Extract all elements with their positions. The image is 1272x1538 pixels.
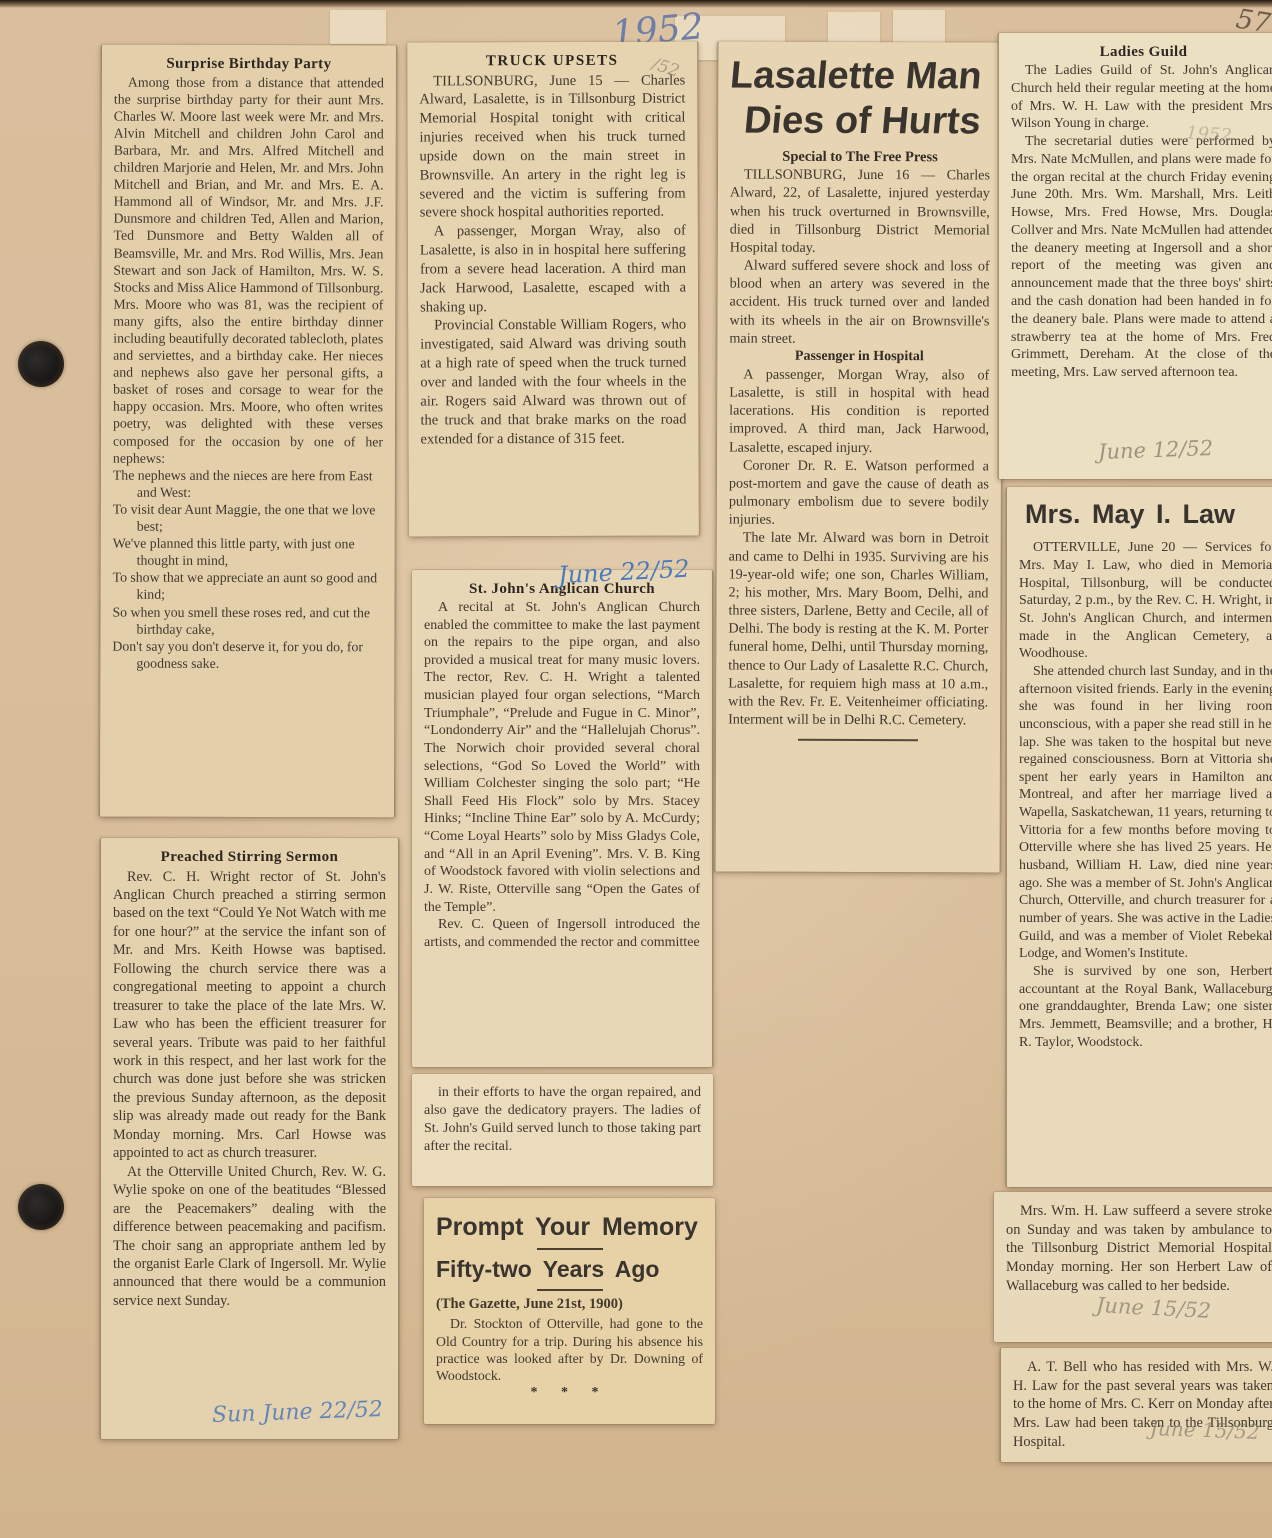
byline: Special to The Free Press xyxy=(730,147,990,166)
paragraph: Dr. Stockton of Otterville, had gone to … xyxy=(436,1315,703,1383)
paragraph: OTTERVILLE, June 20 — Services for Mrs. … xyxy=(1019,539,1272,663)
clipping-lasalette-man-dies: Lasalette Man Dies of Hurts Special to T… xyxy=(715,42,1004,873)
scan-top-edge xyxy=(0,0,1272,8)
scrapbook-page: 1952 57 Surprise Birthday Party Among th… xyxy=(0,0,1272,1538)
clipping-body: A passenger, Morgan Wray, also of Lasale… xyxy=(728,365,989,729)
paragraph: in their efforts to have the organ repai… xyxy=(424,1084,701,1156)
binder-hole xyxy=(18,341,64,387)
clipping-body: The Ladies Guild of St. John's Anglican … xyxy=(1011,62,1272,382)
paragraph: She attended church last Sunday, and in … xyxy=(1019,663,1272,963)
clipping-body: A recital at St. John's Anglican Church … xyxy=(424,599,700,952)
paragraph: Among those from a distance that attende… xyxy=(113,73,384,467)
paragraph: The Ladies Guild of St. John's Anglican … xyxy=(1011,62,1272,133)
clipping-title: Prompt Your Memory xyxy=(436,1212,703,1243)
clipping-subtitle: Fifty-two Years Ago xyxy=(436,1255,703,1284)
clipping-recital-continuation: in their efforts to have the organ repai… xyxy=(412,1074,713,1186)
clipping-title: St. John's Anglican Church xyxy=(424,580,700,599)
clipping-mrs-may-law: Mrs. May I. Law OTTERVILLE, June 20 — Se… xyxy=(1006,487,1272,1187)
paragraph: TILLSONBURG, June 16 — Charles Alward, 2… xyxy=(730,166,990,258)
binder-hole xyxy=(18,1184,64,1230)
poem-line: To show that we appreciate an aunt so go… xyxy=(113,569,383,604)
paragraph: A passenger, Morgan Wray, also of Lasale… xyxy=(420,222,686,317)
headline-line1: Lasalette Man xyxy=(728,54,992,100)
poem-line: We've planned this little party, with ju… xyxy=(113,535,383,570)
clipping-ladies-guild: Ladies Guild The Ladies Guild of St. Joh… xyxy=(998,33,1272,479)
paragraph: Provincial Constable William Rogers, who… xyxy=(420,316,686,449)
end-stars: * * * xyxy=(436,1384,703,1401)
headline-line2: Dies of Hurts xyxy=(742,98,992,144)
clipping-body: A. T. Bell who has resided with Mrs. W. … xyxy=(1013,1358,1272,1452)
subhead: Passenger in Hospital xyxy=(729,347,989,366)
divider xyxy=(537,1289,603,1291)
paragraph: TILLSONBURG, June 15 — Charles Alward, L… xyxy=(419,71,686,223)
clipping-body: in their efforts to have the organ repai… xyxy=(424,1084,701,1156)
clipping-title: Mrs. May I. Law xyxy=(1025,497,1272,531)
clipping-body: Mrs. Wm. H. Law suffeerd a severe stroke… xyxy=(1006,1202,1272,1296)
clipping-bell-notice: A. T. Bell who has resided with Mrs. W. … xyxy=(1000,1348,1272,1462)
paragraph: A recital at St. John's Anglican Church … xyxy=(424,599,700,916)
clipping-st-johns-recital: St. John's Anglican Church A recital at … xyxy=(412,570,713,1067)
paragraph: A. T. Bell who has resided with Mrs. W. … xyxy=(1013,1358,1272,1452)
clipping-body: TILLSONBURG, June 15 — Charles Alward, L… xyxy=(419,71,686,449)
source-line: (The Gazette, June 21st, 1900) xyxy=(436,1296,703,1314)
paragraph: Rev. C. Queen of Ingersoll introduced th… xyxy=(424,916,700,951)
paragraph: She is survived by one son, Herbert, acc… xyxy=(1019,963,1272,1051)
clipping-truck-upsets: TRUCK UPSETS TILLSONBURG, June 15 — Char… xyxy=(407,41,700,536)
paragraph: Coroner Dr. R. E. Watson performed a pos… xyxy=(729,456,989,530)
paragraph: The secretarial duties were performed by… xyxy=(1011,133,1272,382)
paragraph: Alward suffered severe shock and loss of… xyxy=(729,257,989,349)
clipping-title: Preached Stirring Sermon xyxy=(113,848,386,868)
clipping-body: Rev. C. H. Wright rector of St. John's A… xyxy=(113,868,386,1311)
clipping-title: Ladies Guild xyxy=(1011,43,1272,62)
clipping-surprise-birthday-party: Surprise Birthday Party Among those from… xyxy=(99,45,397,818)
paragraph: At the Otterville United Church, Rev. W.… xyxy=(113,1163,386,1311)
poem-line: So when you smell these roses red, and c… xyxy=(112,603,382,638)
clipping-body: OTTERVILLE, June 20 — Services for Mrs. … xyxy=(1019,539,1272,1051)
paragraph: The late Mr. Alward was born in Detroit … xyxy=(728,529,989,730)
tape-patch xyxy=(330,10,386,44)
clipping-law-stroke-notice: Mrs. Wm. H. Law suffeerd a severe stroke… xyxy=(994,1192,1272,1342)
poem-line: The nephews and the nieces are here from… xyxy=(113,466,383,501)
clipping-title: Surprise Birthday Party xyxy=(114,55,384,74)
divider xyxy=(537,1248,603,1250)
paragraph: Rev. C. H. Wright rector of St. John's A… xyxy=(113,868,386,1163)
clipping-body: Among those from a distance that attende… xyxy=(113,73,384,467)
clipping-prompt-your-memory: Prompt Your Memory Fifty-two Years Ago (… xyxy=(424,1198,715,1424)
poem-line: To visit dear Aunt Maggie, the one that … xyxy=(113,501,383,536)
poem-line: Don't say you don't deserve it, for you … xyxy=(112,637,382,672)
divider xyxy=(798,739,918,741)
poem: The nephews and the nieces are here from… xyxy=(112,466,383,672)
paragraph: Mrs. Wm. H. Law suffeerd a severe stroke… xyxy=(1006,1202,1272,1296)
clipping-title: TRUCK UPSETS xyxy=(419,52,685,72)
paragraph: A passenger, Morgan Wray, also of Lasale… xyxy=(729,365,989,457)
clipping-preached-stirring-sermon: Preached Stirring Sermon Rev. C. H. Wrig… xyxy=(100,838,399,1439)
clipping-body: Dr. Stockton of Otterville, had gone to … xyxy=(436,1315,703,1383)
clipping-body: TILLSONBURG, June 16 — Charles Alward, 2… xyxy=(729,166,990,349)
